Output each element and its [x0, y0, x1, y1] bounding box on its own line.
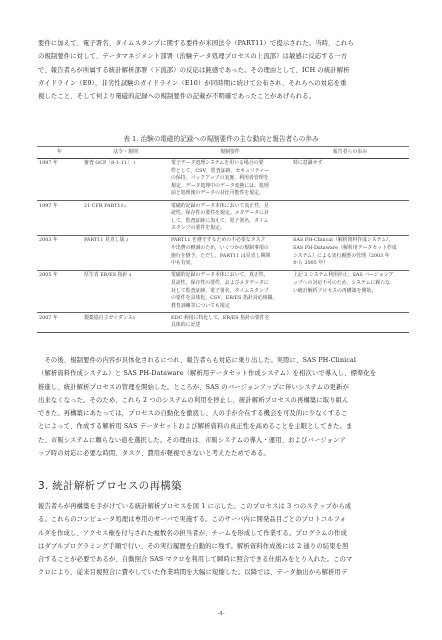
cell-law: 厚生省 ER/ES 指針 4 — [82, 270, 169, 312]
text-line: 上記 2 システム利用停止。SAS バージョンア — [293, 272, 407, 280]
text-line: 教育訓練等についても規定 — [171, 303, 289, 311]
law-name: 製薬協自主ガイダンス — [84, 315, 133, 321]
table-row: 2005 年 厚生省 ER/ES 指針 4 電磁的記録のデータ本体において，真正… — [37, 270, 409, 312]
text-line: ップ時の対応に必要な時間、タスク、費用が軽視できないと考えたためである。 — [38, 447, 410, 460]
regulation-table: 年 法令・規則 規制要件 報告者らの歩み 1997 年 審査 GCP［8-1-1… — [37, 146, 409, 333]
law-name: 21 CFR PART11 — [84, 203, 124, 209]
header-progress: 報告者らの歩み — [291, 147, 409, 159]
paragraph-section3: 報告者らが再構築を手がけている統計解析プロセスを図 1 に示した。このプロセスは… — [38, 500, 410, 580]
text-line: できた。再構築にあたっては，プロセスの自動化を徹底し、人の手が介在する機会を可及… — [38, 407, 410, 420]
text-line: 対して監査証跡，電子署名，タイムスタンプ — [171, 288, 289, 296]
cell-requirement: 電子データ処理システムを用いる場合の要 件として，CSV，監査証跡，セキュリティ… — [169, 158, 291, 200]
text-line: クロにより、従来目視照合に費やしていた作業時間を大幅に短縮した。以降では、データ… — [38, 566, 410, 579]
cell-year: 2005 年 — [37, 270, 82, 312]
text-line: の規制要件に対して、データマネジメント部署（治験データ処理プロセスの上流部）は敏… — [38, 50, 410, 63]
text-line: 特に意識せず — [293, 160, 407, 168]
cell-progress — [291, 201, 409, 236]
cell-law: PART11 見直し版 3 — [82, 235, 169, 270]
law-name: PART11 見直し版 — [84, 237, 125, 243]
text-line: PART11 を遵守するための不必要なタスク — [171, 237, 289, 245]
cell-law: 製薬協自主ガイダンス5 — [82, 313, 169, 333]
footnote-ref: 2 — [124, 204, 126, 208]
text-line: 具体的に記述 — [171, 322, 289, 330]
section-heading: 3. 統計解析プロセスの再構築 — [38, 478, 182, 493]
table-row: 1997 年 審査 GCP［8-1-11］ 1 電子データ処理システムを用いる場… — [37, 158, 409, 200]
text-line: 電子データ処理システムを用いる場合の要 — [171, 160, 289, 168]
text-line: 中も有効。 — [171, 260, 289, 268]
table-row: 2003 年 PART11 見直し版 3 PART11 を遵守するための不必要な… — [37, 235, 409, 270]
text-line: ップへの対応不可のため，システムに頼らな — [293, 280, 407, 288]
table-caption: 表 1. 治験の電磁的記録への規制要件の主な動向と報告者らの歩み — [0, 133, 442, 143]
text-line: 出来なくなった。そのため、これら 2 つのシステムの利用を停止し、統計解析プロセ… — [38, 394, 410, 407]
cell-requirement: EDC 利用に特化して，ER/ES 指針の要件を 具体的に記述 — [169, 313, 291, 333]
cell-law: 21 CFR PART112 — [82, 201, 169, 236]
law-name: 審査 GCP［8-1-11］ — [84, 160, 132, 166]
footnote-ref: 5 — [133, 316, 135, 320]
cell-requirement: PART11 を遵守するための不必要なタスク や出費の軽減のため，いくつかの規制… — [169, 235, 291, 270]
cell-year: 2003 年 — [37, 235, 82, 270]
table-row: 1997 年 21 CFR PART112 電磁的記録のデータ本体において真正性… — [37, 201, 409, 236]
text-line: た、市販システムに頼らない道を選択した。その理由は、市販システムの導入・運用、お… — [38, 434, 410, 447]
text-line: や出費の軽減のため，いくつかの規制事項の — [171, 245, 289, 253]
text-line: SAS PH-Dataware（解析用データセット作成 — [293, 245, 407, 253]
text-line: 見読性，保存性の要件，およびメタデータに — [171, 280, 289, 288]
text-line: 要件に加えて、電子署名、タイムスタンプに関する要件が米国法令（PART11）で提… — [38, 37, 410, 50]
text-line: る。これらのコンピュータ処理は専用のサーバで実施する。このサーバ内に開発品目ごと… — [38, 513, 410, 526]
cell-requirement: 電磁的記録のデータ本体において，真正性， 見読性，保存性の要件，およびメタデータ… — [169, 270, 291, 312]
text-line: ルダを作成し、アクセス権を付与された複数名の担当者が、チームを形成して作業する。… — [38, 527, 410, 540]
cell-year: 1997 年 — [37, 201, 82, 236]
text-line: とによって、作成する解析用 SAS データセットおよび解析資料の真正性を高めるこ… — [38, 420, 410, 433]
cell-progress: SAS PH-Clinical（解析資料作成システム）， SAS PH-Data… — [291, 235, 409, 270]
text-line: 合することが必要であるが、自動照合 SAS マクロを利用して瞬時に照合できる仕組… — [38, 553, 410, 566]
header-law: 法令・規則 — [82, 147, 169, 159]
cell-law: 審査 GCP［8-1-11］ 1 — [82, 158, 169, 200]
text-line: SAS PH-Clinical（解析資料作成システム）， — [293, 237, 407, 245]
text-line: から 2005 年） — [293, 260, 407, 268]
text-line: スタンプの要件を規定。 — [171, 225, 289, 233]
text-line: で、報告者らが所属する統計解析部署（下流部）の反応は鈍感であった。その理由として… — [38, 64, 410, 77]
cell-progress: 上記 2 システム利用停止。SAS バージョンア ップへの対応不可のため，システ… — [291, 270, 409, 312]
text-line: 電磁的記録のデータ本体において，真正性， — [171, 272, 289, 280]
table-header-row: 年 法令・規則 規制要件 報告者らの歩み — [37, 147, 409, 159]
text-line: その後、規制要件の内容が具体化されるにつれ、報告者らも対応に乗り出した。実際に、… — [38, 354, 410, 367]
page-number: -4- — [0, 611, 442, 617]
cell-progress: 特に意識せず — [291, 158, 409, 200]
table-row: 2007 年 製薬協自主ガイダンス5 EDC 利用に特化して，ER/ES 指針の… — [37, 313, 409, 333]
header-year: 年 — [37, 147, 82, 159]
law-name: 厚生省 ER/ES 指針 — [84, 272, 127, 278]
cell-year: 1997 年 — [37, 158, 82, 200]
text-line: 報告者らが再構築を手がけている統計解析プロセスを図 1 に示した。このプロセスは… — [38, 500, 410, 513]
text-line: 読性，保存性の要件を規定。メタデータに対 — [171, 210, 289, 218]
text-line: （解析資料作成システム）と SAS PH-Dataware（解析用データセット作… — [38, 367, 410, 380]
text-line: 推進し、統計解析プロセスの管理を開始した。ところが、SAS のバージョンアップに… — [38, 381, 410, 394]
paragraph-intro: 要件に加えて、電子署名、タイムスタンプに関する要件が米国法令（PART11）で提… — [38, 37, 410, 103]
cell-requirement: 電磁的記録のデータ本体において真正性，見 読性，保存性の要件を規定。メタデータに… — [169, 201, 291, 236]
text-line: はダブルプログラミング手順で行い、その実行履歴を自動的に残す。解析資料作成後には… — [38, 540, 410, 553]
cell-year: 2007 年 — [37, 313, 82, 333]
footnote-ref: 3 — [126, 238, 128, 242]
footnote-ref: 1 — [133, 161, 135, 165]
text-line: の要件を具体化。CSV，ER/ES 指針対応組織， — [171, 295, 289, 303]
footnote-ref: 4 — [129, 273, 131, 277]
paragraph-followup: その後、規制要件の内容が具体化されるにつれ、報告者らも対応に乗り出した。実際に、… — [38, 354, 410, 460]
text-line: ガイドライン（E9），非劣性試験のガイドライン（E10）が同時期に続けて公布され… — [38, 77, 410, 90]
text-line: い統計解析プロセスの再構築を開始。 — [293, 288, 407, 296]
text-line: 視したこと、そして何より電磁的記録への規制要件の記載が不明確であったことがあげら… — [38, 90, 410, 103]
text-line: の保持，バックアップの実施，利用者管理を — [171, 175, 289, 183]
header-requirement: 規制要件 — [169, 147, 291, 159]
cell-progress — [291, 313, 409, 333]
text-line: 前と処理後のデータの対比可能性を規定。 — [171, 190, 289, 198]
